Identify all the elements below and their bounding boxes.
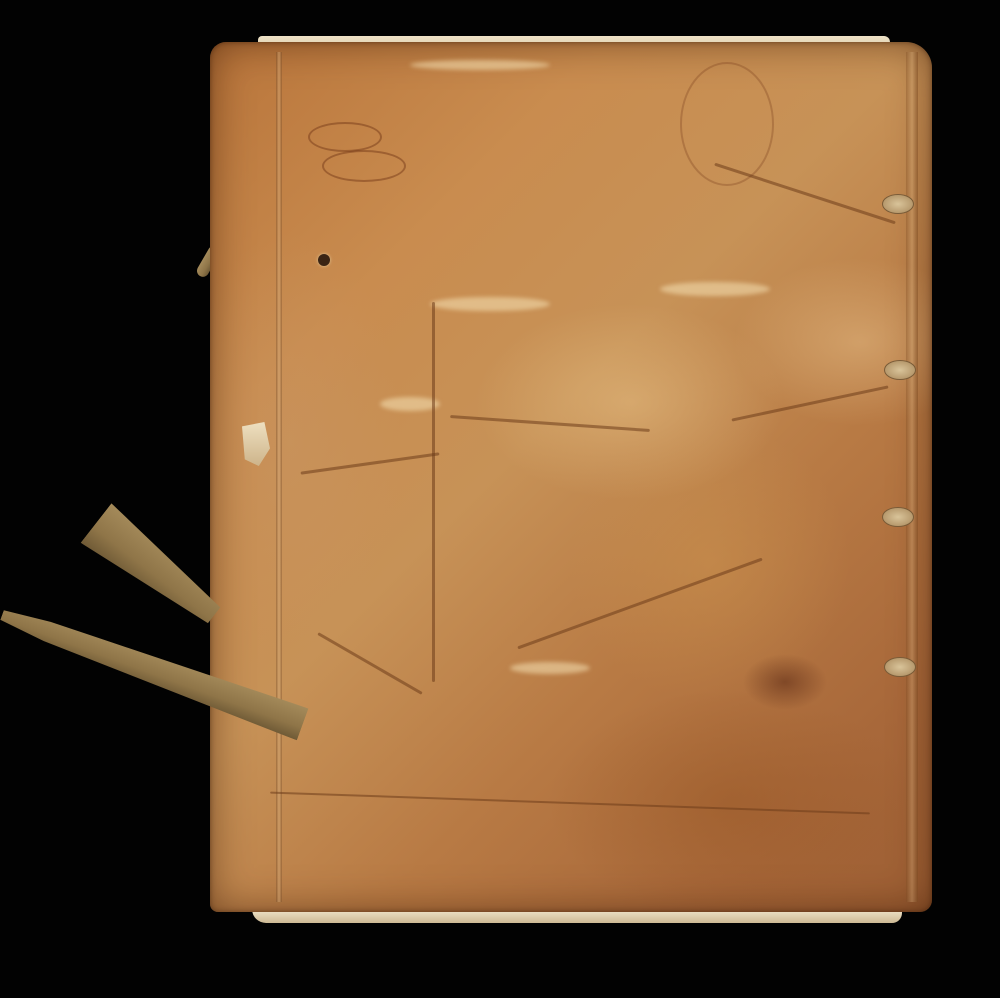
sewing-station	[882, 507, 914, 527]
fabric-tie-upper	[81, 503, 230, 635]
sewing-station	[882, 194, 914, 214]
spine-fold-line	[276, 52, 282, 902]
leather-crease	[432, 302, 435, 682]
photo-background	[0, 0, 1000, 998]
leather-cover	[210, 42, 932, 912]
leather-crease	[300, 452, 439, 474]
torn-fragment	[242, 422, 270, 466]
leather-crease	[317, 632, 422, 695]
wear-highlight	[510, 662, 590, 674]
sewing-station	[884, 360, 916, 380]
fore-edge-fold	[906, 52, 918, 902]
leather-crease	[731, 385, 888, 421]
leather-crease	[714, 163, 896, 225]
leather-crease	[450, 415, 650, 432]
leather-crease	[270, 792, 870, 815]
leather-crease	[517, 558, 762, 650]
wear-highlight	[410, 60, 550, 70]
ink-scribble	[308, 122, 382, 152]
wear-highlight	[380, 397, 440, 411]
wear-highlight	[430, 297, 550, 311]
puncture-hole	[318, 254, 330, 266]
ink-scribble	[322, 150, 406, 182]
wear-highlight	[660, 282, 770, 296]
sewing-station	[884, 657, 916, 677]
